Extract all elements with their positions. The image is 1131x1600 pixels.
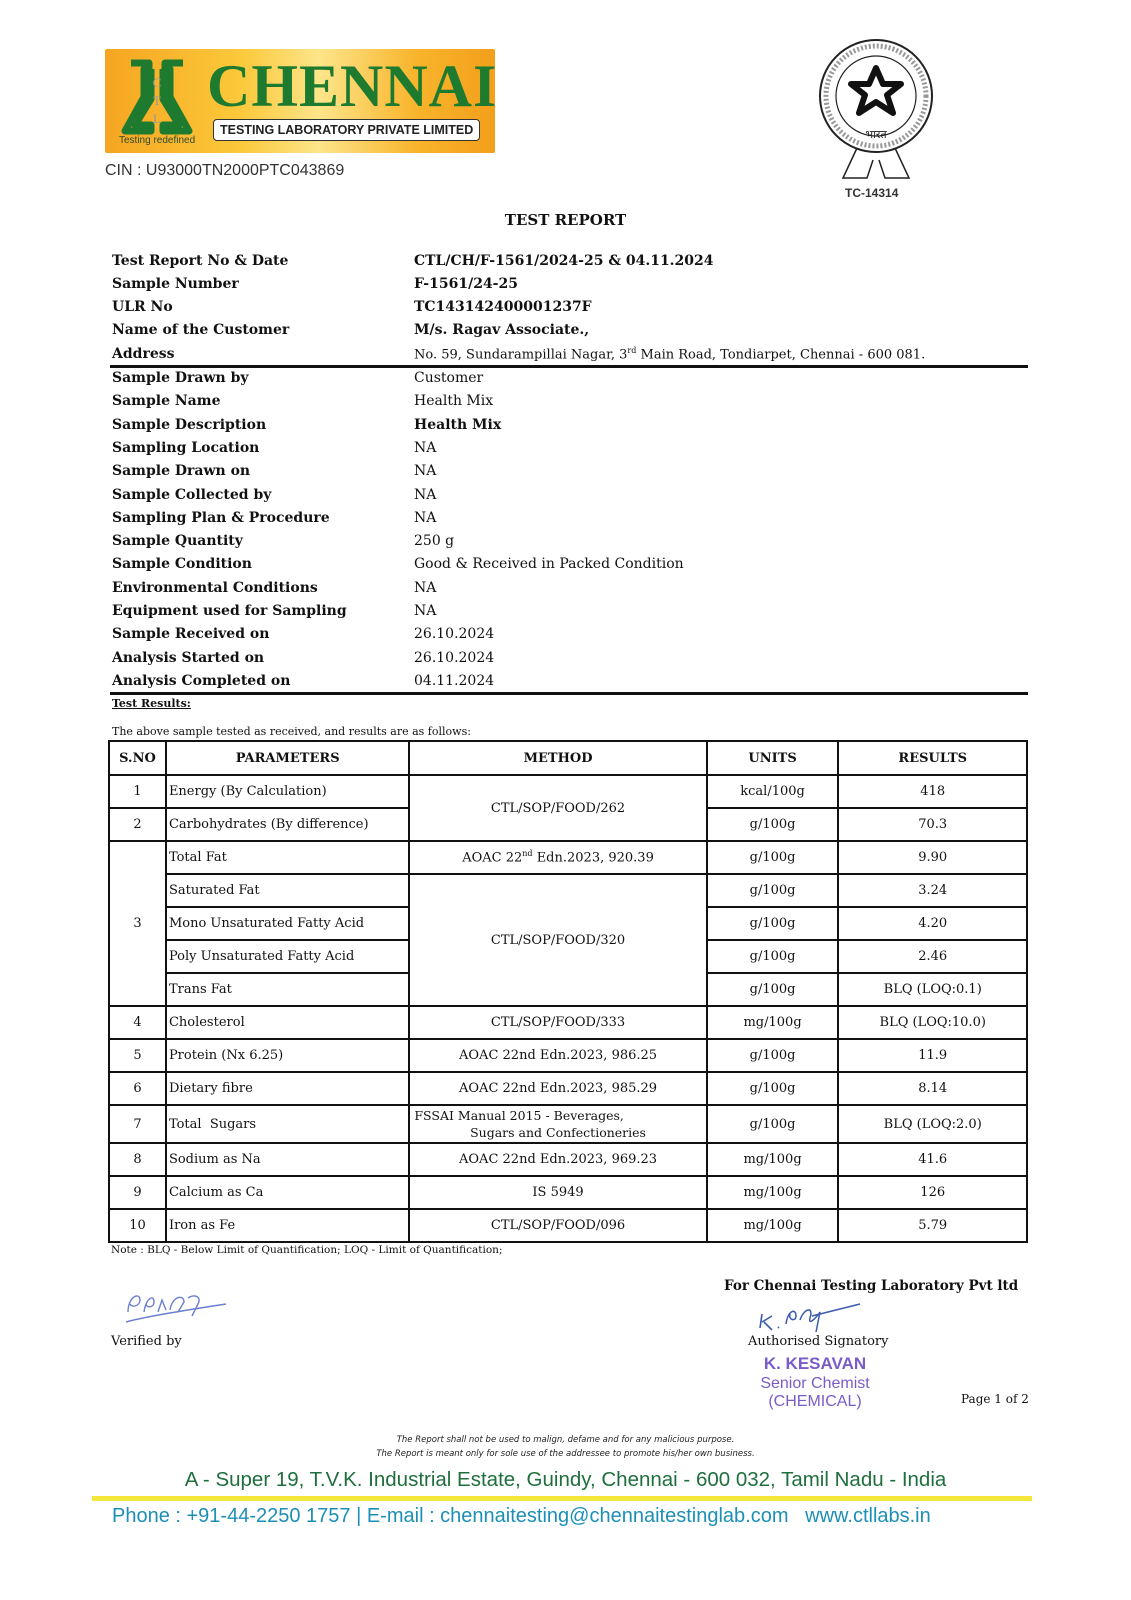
detail-label: Environmental Conditions xyxy=(112,580,318,596)
parameter-cell: Protein (Nx 6.25) xyxy=(166,1039,409,1072)
table-header-row: S.NO PARAMETERS METHOD UNITS RESULTS xyxy=(109,741,1027,775)
sno-cell: 1 xyxy=(109,775,166,808)
result-cell: 41.6 xyxy=(838,1143,1027,1176)
column-header-sno: S.NO xyxy=(109,741,166,775)
units-cell: g/100g xyxy=(707,1072,839,1105)
svg-text:भारत: भारत xyxy=(865,128,887,141)
detail-value: NA xyxy=(414,580,436,596)
units-cell: g/100g xyxy=(707,841,839,874)
units-cell: g/100g xyxy=(707,874,839,907)
table-row: 6 Dietary fibre AOAC 22nd Edn.2023, 985.… xyxy=(109,1072,1027,1105)
disclaimer-line-1: The Report shall not be used to malign, … xyxy=(0,1435,1131,1445)
table-row: 10 Iron as Fe CTL/SOP/FOOD/096 mg/100g 5… xyxy=(109,1209,1027,1242)
logo-subtitle: TESTING LABORATORY PRIVATE LIMITED xyxy=(213,119,480,141)
svg-text:L: L xyxy=(153,111,161,126)
parameter-cell: Calcium as Ca xyxy=(166,1176,409,1209)
detail-label: Sample Name xyxy=(112,393,220,409)
detail-label: Sampling Location xyxy=(112,440,259,456)
units-cell: mg/100g xyxy=(707,1006,839,1039)
units-cell: g/100g xyxy=(707,1105,839,1143)
table-row: 9 Calcium as Ca IS 5949 mg/100g 126 xyxy=(109,1176,1027,1209)
detail-label: Sample Quantity xyxy=(112,533,243,549)
table-row: 4 Cholesterol CTL/SOP/FOOD/333 mg/100g B… xyxy=(109,1006,1027,1039)
sno-cell: 8 xyxy=(109,1143,166,1176)
table-row: Saturated Fat CTL/SOP/FOOD/320 g/100g 3.… xyxy=(109,874,1027,907)
page-number: Page 1 of 2 xyxy=(961,1392,1029,1406)
customer-address: No. 59, Sundarampillai Nagar, 3rd Main R… xyxy=(414,346,925,362)
detail-row: ULR No TC143142400001237F xyxy=(112,299,1028,322)
parameter-cell: Energy (By Calculation) xyxy=(166,775,409,808)
result-cell: BLQ (LOQ:2.0) xyxy=(838,1105,1027,1143)
result-cell: BLQ (LOQ:10.0) xyxy=(838,1006,1027,1039)
sno-cell: 10 xyxy=(109,1209,166,1242)
verified-by-label: Verified by xyxy=(111,1334,182,1349)
result-cell: 126 xyxy=(838,1176,1027,1209)
detail-value: Good & Received in Packed Condition xyxy=(414,556,684,572)
detail-label: Test Report No & Date xyxy=(112,253,288,269)
detail-value: 250 g xyxy=(414,533,454,549)
result-cell: 2.46 xyxy=(838,940,1027,973)
logo-name: CHENNAI xyxy=(207,51,497,121)
result-cell: 3.24 xyxy=(838,874,1027,907)
method-cell: CTL/SOP/FOOD/333 xyxy=(409,1006,706,1039)
for-company-label: For Chennai Testing Laboratory Pvt ltd xyxy=(724,1278,1018,1294)
abbreviation-note: Note : BLQ - Below Limit of Quantificati… xyxy=(111,1244,502,1256)
result-cell: 11.9 xyxy=(838,1039,1027,1072)
units-cell: kcal/100g xyxy=(707,775,839,808)
parameter-cell: Saturated Fat xyxy=(166,874,409,907)
detail-row: Analysis Started on26.10.2024 xyxy=(112,650,1028,673)
column-header-parameters: PARAMETERS xyxy=(166,741,409,775)
parameter-cell: Total Fat xyxy=(166,841,409,874)
report-title: TEST REPORT xyxy=(0,211,1131,229)
authorised-signature-icon xyxy=(752,1298,872,1338)
detail-row: Test Report No & Date CTL/CH/F-1561/2024… xyxy=(112,253,1028,276)
footer-address: A - Super 19, T.V.K. Industrial Estate, … xyxy=(0,1468,1131,1492)
detail-row: Sample DescriptionHealth Mix xyxy=(112,417,1028,440)
method-cell: IS 5949 xyxy=(409,1176,706,1209)
units-cell: g/100g xyxy=(707,1039,839,1072)
units-cell: mg/100g xyxy=(707,1176,839,1209)
sno-cell: 6 xyxy=(109,1072,166,1105)
signatory-name-stamp: K. KESAVAN xyxy=(740,1354,890,1374)
detail-value: NA xyxy=(414,603,436,619)
verifier-signature-icon xyxy=(118,1282,233,1330)
detail-label: Sample Description xyxy=(112,417,266,433)
detail-label: Equipment used for Sampling xyxy=(112,603,347,619)
parameter-cell: Iron as Fe xyxy=(166,1209,409,1242)
sno-cell: 2 xyxy=(109,808,166,841)
detail-row: Sample Quantity250 g xyxy=(112,533,1028,556)
detail-label: Name of the Customer xyxy=(112,322,289,338)
detail-label: Address xyxy=(112,346,175,362)
test-results-heading: Test Results: xyxy=(112,697,191,710)
logo-tagline: Testing redefined xyxy=(119,135,195,146)
svg-text:T: T xyxy=(153,93,161,108)
detail-row: Sample NameHealth Mix xyxy=(112,393,1028,416)
parameter-cell: Sodium as Na xyxy=(166,1143,409,1176)
detail-value: TC143142400001237F xyxy=(414,299,592,315)
detail-label: Analysis Started on xyxy=(112,650,264,666)
detail-value: NA xyxy=(414,487,436,503)
detail-label: ULR No xyxy=(112,299,173,315)
flask-logo-icon: C T L xyxy=(117,57,197,137)
column-header-method: METHOD xyxy=(409,741,706,775)
detail-row: Sample ConditionGood & Received in Packe… xyxy=(112,556,1028,579)
sno-cell: 3 xyxy=(109,841,166,1006)
method-cell: CTL/SOP/FOOD/262 xyxy=(409,775,706,841)
detail-value: CTL/CH/F-1561/2024-25 & 04.11.2024 xyxy=(414,253,714,269)
parameter-cell: Cholesterol xyxy=(166,1006,409,1039)
disclaimer-line-2: The Report is meant only for sole use of… xyxy=(0,1449,1131,1459)
detail-row: Equipment used for SamplingNA xyxy=(112,603,1028,626)
detail-row: Sample Number F-1561/24-25 xyxy=(112,276,1028,299)
detail-row: Environmental ConditionsNA xyxy=(112,580,1028,603)
column-header-results: RESULTS xyxy=(838,741,1027,775)
units-cell: g/100g xyxy=(707,808,839,841)
result-cell: 8.14 xyxy=(838,1072,1027,1105)
detail-value: Health Mix xyxy=(414,393,493,409)
sno-cell: 5 xyxy=(109,1039,166,1072)
detail-label: Analysis Completed on xyxy=(112,673,290,689)
method-line: FSSAI Manual 2015 - Beverages, xyxy=(412,1107,703,1124)
signatory-department-stamp: (CHEMICAL) xyxy=(740,1393,890,1411)
detail-row: Name of the Customer M/s. Ragav Associat… xyxy=(112,322,1028,345)
signatory-role-stamp: Senior Chemist xyxy=(740,1375,890,1393)
units-cell: g/100g xyxy=(707,940,839,973)
detail-value: 26.10.2024 xyxy=(414,626,494,642)
parameter-cell: Poly Unsaturated Fatty Acid xyxy=(166,940,409,973)
parameter-cell: Total Sugars xyxy=(166,1105,409,1143)
divider xyxy=(110,365,1028,368)
sno-cell: 7 xyxy=(109,1105,166,1143)
detail-label: Sample Number xyxy=(112,276,239,292)
detail-label: Sample Drawn by xyxy=(112,370,249,386)
units-cell: mg/100g xyxy=(707,1143,839,1176)
divider xyxy=(110,692,1028,695)
table-row: 3 Total Fat AOAC 22nd Edn.2023, 920.39 g… xyxy=(109,841,1027,874)
method-cell: AOAC 22nd Edn.2023, 986.25 xyxy=(409,1039,706,1072)
method-cell: AOAC 22nd Edn.2023, 969.23 xyxy=(409,1143,706,1176)
results-table: S.NO PARAMETERS METHOD UNITS RESULTS 1 E… xyxy=(108,740,1028,1243)
detail-row: Sampling Plan & ProcedureNA xyxy=(112,510,1028,533)
method-cell: AOAC 22nd Edn.2023, 985.29 xyxy=(409,1072,706,1105)
detail-value: M/s. Ragav Associate., xyxy=(414,322,589,338)
result-cell: 9.90 xyxy=(838,841,1027,874)
svg-text:C: C xyxy=(153,75,162,90)
result-cell: 418 xyxy=(838,775,1027,808)
units-cell: g/100g xyxy=(707,907,839,940)
detail-value: NA xyxy=(414,510,436,526)
table-row: 5 Protein (Nx 6.25) AOAC 22nd Edn.2023, … xyxy=(109,1039,1027,1072)
company-logo: C T L Testing redefined CHENNAI TESTING … xyxy=(105,49,495,153)
result-cell: 5.79 xyxy=(838,1209,1027,1242)
detail-value: NA xyxy=(414,463,436,479)
detail-row: Sample Collected byNA xyxy=(112,487,1028,510)
result-cell: BLQ (LOQ:0.1) xyxy=(838,973,1027,1006)
parameter-cell: Trans Fat xyxy=(166,973,409,1006)
accreditation-seal-icon: भारत xyxy=(815,38,937,183)
detail-value: 26.10.2024 xyxy=(414,650,494,666)
test-results-intro: The above sample tested as received, and… xyxy=(112,725,471,738)
result-cell: 70.3 xyxy=(838,808,1027,841)
authorised-signatory-label: Authorised Signatory xyxy=(748,1334,889,1349)
detail-value: Customer xyxy=(414,370,483,386)
sno-cell: 9 xyxy=(109,1176,166,1209)
detail-label: Sample Drawn on xyxy=(112,463,250,479)
footer-contact: Phone : +91-44-2250 1757 | E-mail : chen… xyxy=(112,1505,931,1528)
units-cell: g/100g xyxy=(707,973,839,1006)
detail-row: Sampling LocationNA xyxy=(112,440,1028,463)
detail-label: Sample Collected by xyxy=(112,487,271,503)
table-row: 7 Total Sugars FSSAI Manual 2015 - Bever… xyxy=(109,1105,1027,1143)
method-cell: AOAC 22nd Edn.2023, 920.39 xyxy=(409,841,706,874)
method-cell: FSSAI Manual 2015 - Beverages, Sugars an… xyxy=(409,1105,706,1143)
table-row: 8 Sodium as Na AOAC 22nd Edn.2023, 969.2… xyxy=(109,1143,1027,1176)
method-cell: CTL/SOP/FOOD/320 xyxy=(409,874,706,1006)
detail-row: Sample Drawn byCustomer xyxy=(112,370,1028,393)
accreditation-code: TC-14314 xyxy=(845,186,898,200)
detail-row: Sample Received on26.10.2024 xyxy=(112,626,1028,649)
method-cell: CTL/SOP/FOOD/096 xyxy=(409,1209,706,1242)
cin-number: CIN : U93000TN2000PTC043869 xyxy=(105,162,344,180)
parameter-cell: Carbohydrates (By difference) xyxy=(166,808,409,841)
column-header-units: UNITS xyxy=(707,741,839,775)
detail-row: Sample Drawn onNA xyxy=(112,463,1028,486)
footer-divider xyxy=(92,1496,1032,1501)
detail-value: Health Mix xyxy=(414,417,501,433)
parameter-cell: Mono Unsaturated Fatty Acid xyxy=(166,907,409,940)
parameter-cell: Dietary fibre xyxy=(166,1072,409,1105)
sno-cell: 4 xyxy=(109,1006,166,1039)
detail-value: 04.11.2024 xyxy=(414,673,494,689)
detail-label: Sample Condition xyxy=(112,556,252,572)
method-line: Sugars and Confectioneries xyxy=(412,1124,703,1141)
detail-value: NA xyxy=(414,440,436,456)
table-row: 1 Energy (By Calculation) CTL/SOP/FOOD/2… xyxy=(109,775,1027,808)
detail-label: Sampling Plan & Procedure xyxy=(112,510,330,526)
units-cell: mg/100g xyxy=(707,1209,839,1242)
result-cell: 4.20 xyxy=(838,907,1027,940)
detail-label: Sample Received on xyxy=(112,626,269,642)
detail-value: F-1561/24-25 xyxy=(414,276,518,292)
